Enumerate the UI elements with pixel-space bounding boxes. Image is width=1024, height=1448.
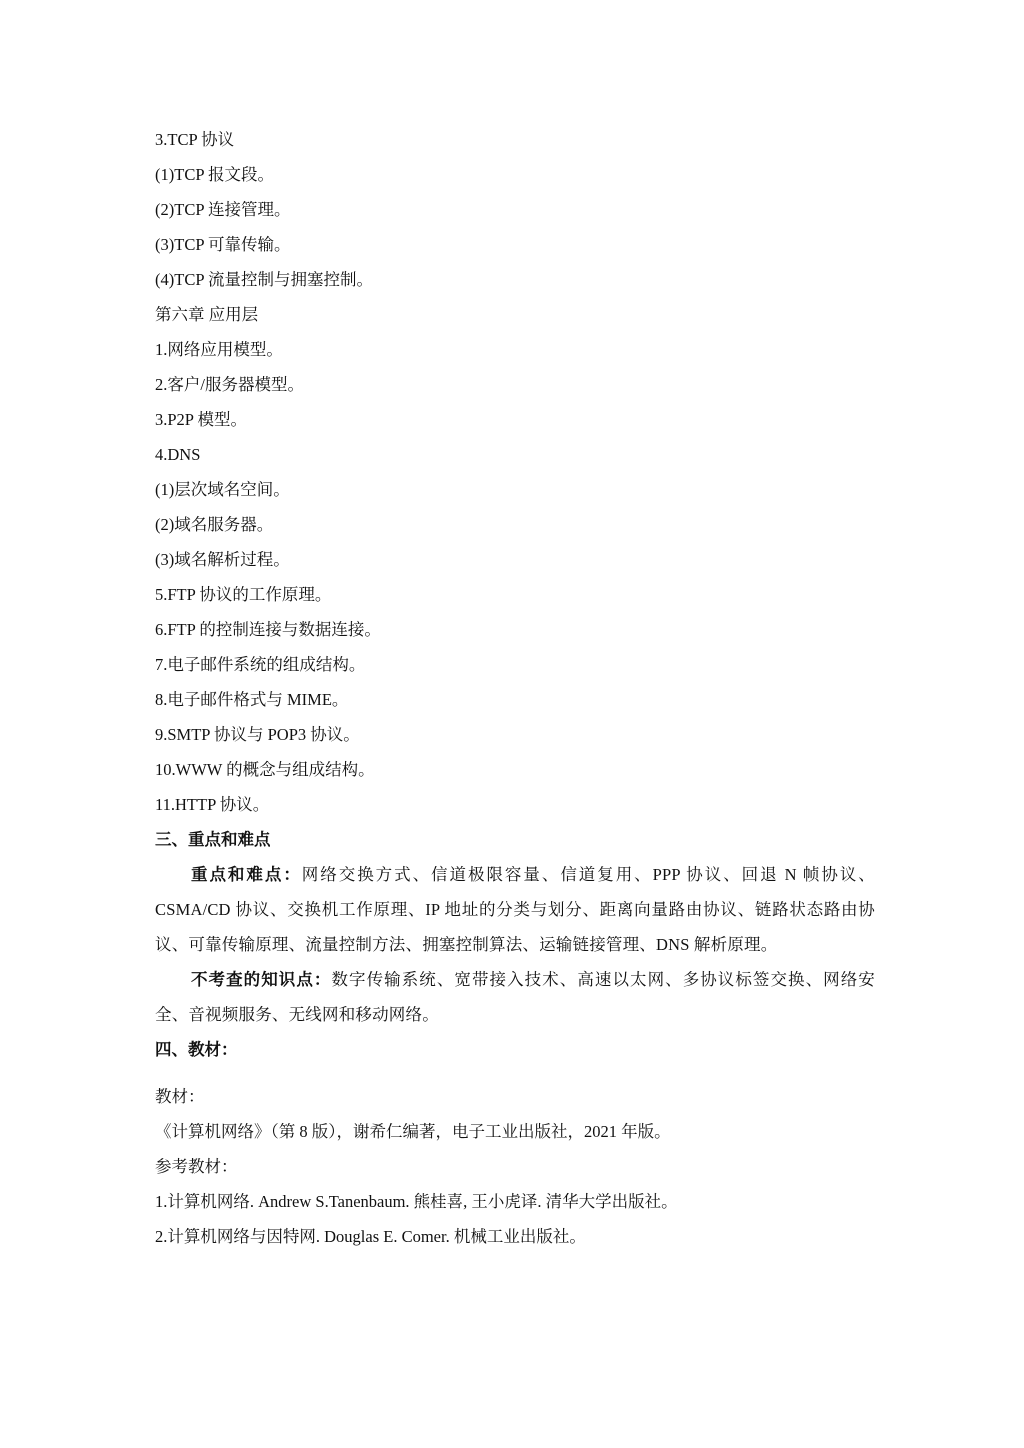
textbook-entry: 《计算机网络》（第 8 版），谢希仁编著，电子工业出版社，2021 年版。: [155, 1114, 875, 1149]
chapter-item: (3)域名解析过程。: [155, 542, 875, 577]
chapter-item: 4.DNS: [155, 437, 875, 472]
excluded-paragraph: 不考查的知识点：数字传输系统、宽带接入技术、高速以太网、多协议标签交换、网络安全…: [155, 962, 875, 1032]
reference-entry: 2.计算机网络与因特网. Douglas E. Comer. 机械工业出版社。: [155, 1219, 875, 1254]
chapter-item: (1)层次域名空间。: [155, 472, 875, 507]
chapter-item: 2.客户/服务器模型。: [155, 367, 875, 402]
reference-label: 参考教材：: [155, 1149, 875, 1184]
section-heading: 三、重点和难点: [155, 822, 875, 857]
chapter-item: 10.WWW 的概念与组成结构。: [155, 752, 875, 787]
tcp-item: (1)TCP 报文段。: [155, 157, 875, 192]
key-points-paragraph: 重点和难点：网络交换方式、信道极限容量、信道复用、PPP 协议、回退 N 帧协议…: [155, 857, 875, 962]
textbook-label: 教材：: [155, 1079, 875, 1114]
chapter-item: (2)域名服务器。: [155, 507, 875, 542]
key-points-label: 重点和难点：: [191, 865, 302, 884]
excluded-label: 不考查的知识点：: [191, 970, 331, 989]
chapter-item: 3.P2P 模型。: [155, 402, 875, 437]
spacer: [155, 1067, 875, 1079]
chapter-item: 9.SMTP 协议与 POP3 协议。: [155, 717, 875, 752]
chapter-item: 11.HTTP 协议。: [155, 787, 875, 822]
tcp-item: (4)TCP 流量控制与拥塞控制。: [155, 262, 875, 297]
chapter-title: 第六章 应用层: [155, 297, 875, 332]
chapter-item: 1.网络应用模型。: [155, 332, 875, 367]
reference-entry: 1.计算机网络. Andrew S.Tanenbaum. 熊桂喜, 王小虎译. …: [155, 1184, 875, 1219]
chapter-item: 6.FTP 的控制连接与数据连接。: [155, 612, 875, 647]
chapter-item: 7.电子邮件系统的组成结构。: [155, 647, 875, 682]
document-page: 3.TCP 协议 (1)TCP 报文段。 (2)TCP 连接管理。 (3)TCP…: [155, 122, 875, 1254]
chapter-item: 8.电子邮件格式与 MIME。: [155, 682, 875, 717]
chapter-item: 5.FTP 协议的工作原理。: [155, 577, 875, 612]
tcp-item: (2)TCP 连接管理。: [155, 192, 875, 227]
tcp-heading: 3.TCP 协议: [155, 122, 875, 157]
tcp-item: (3)TCP 可靠传输。: [155, 227, 875, 262]
section-heading: 四、教材：: [155, 1032, 875, 1067]
